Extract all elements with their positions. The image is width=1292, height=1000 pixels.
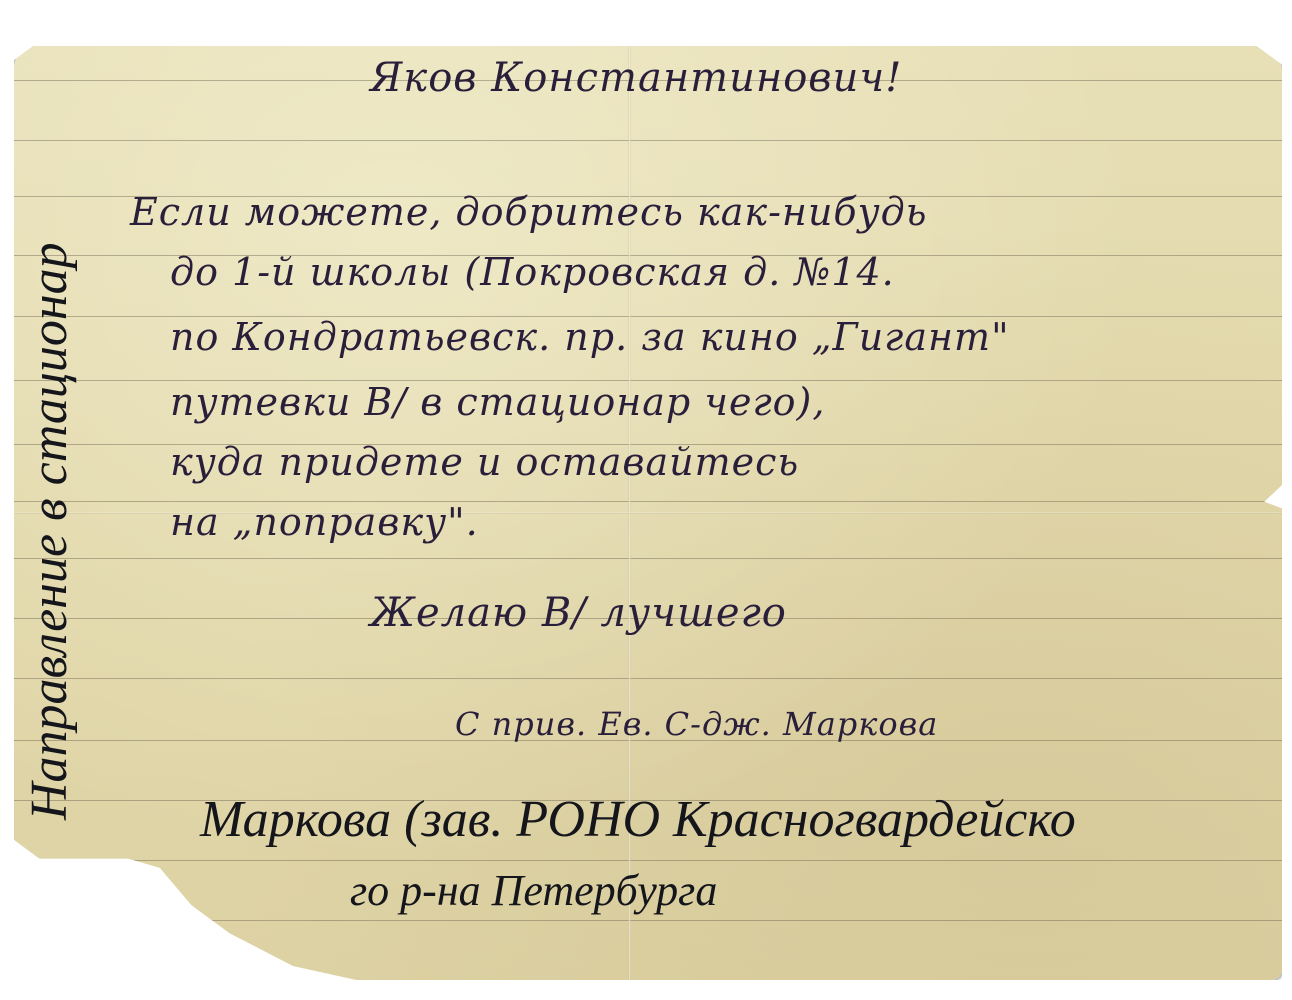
letter-body-line: путевки В/ в стационар чего), — [170, 380, 825, 424]
letter-body-line: куда придете и оставайтесь — [170, 440, 799, 484]
bottom-annotation-line2: го р-на Петербурга — [350, 865, 717, 916]
letter-body-line: по Кондратьевск. пр. за кино „Гигант" — [170, 315, 1010, 359]
letter-salutation: Яков Константинович! — [370, 55, 902, 101]
ruled-line — [14, 558, 1282, 559]
ruled-line — [14, 678, 1282, 679]
letter-body-line: до 1-й школы (Покровская д. №14. — [170, 250, 895, 294]
letter-signature: С прив. Ев. С-дж. Маркова — [455, 705, 938, 743]
ruled-line — [14, 920, 1282, 921]
side-annotation: Направление в стационар — [20, 242, 79, 820]
document-stage: Яков Константинович! Если можете, добрит… — [0, 0, 1292, 1000]
letter-body-line: на „поправку". — [170, 500, 479, 544]
letter-body-line: Если можете, добритесь как-нибудь — [130, 190, 927, 234]
ruled-line — [14, 860, 1282, 861]
bottom-annotation-line1: Маркова (зав. РОНО Красногвардейско — [200, 790, 1076, 849]
letter-closing: Желаю В/ лучшего — [370, 590, 787, 636]
ruled-line — [14, 140, 1282, 141]
